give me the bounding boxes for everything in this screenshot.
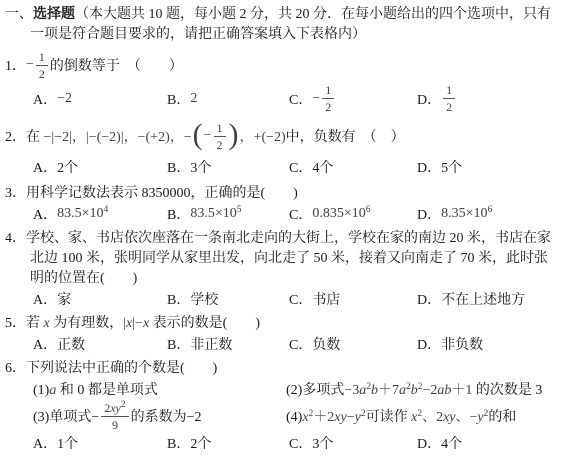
option-value: 2个 xyxy=(57,157,78,177)
question-1-options: A．−2 B．2 C．−12 D．12 xyxy=(5,82,567,115)
section-number: 一、 xyxy=(5,7,33,22)
option-value: 非负数 xyxy=(441,334,483,354)
question-6-items-row2: (3)单项式−2xy29的系数为−2 (4)x2＋2xy−y2可读作 x2、2x… xyxy=(5,399,567,433)
q4-option-c: C．书店 xyxy=(289,289,417,309)
q3-option-a: A．83.5×104 xyxy=(33,204,167,224)
option-label: C． xyxy=(289,334,312,354)
q3-option-b: B．83.5×105 xyxy=(167,204,289,224)
q1-text: 的倒数等于 （ ） xyxy=(50,55,183,75)
q6-option-a: A．1个 xyxy=(33,433,167,453)
option-label: D． xyxy=(417,157,441,177)
q4-option-b: B．学校 xyxy=(167,289,289,309)
option-value: 2个 xyxy=(190,433,211,453)
q1-minus-sign: − xyxy=(26,57,34,73)
exam-document: 一、选择题（本大题共 10 题，每小题 2 分，共 20 分．在每小题给出的四个… xyxy=(0,0,570,453)
option-value: 书店 xyxy=(312,289,340,309)
question-6-stem: 6．下列说法中正确的个数是( ) xyxy=(5,359,567,379)
section-header-line2: 一项是符合题目要求的，请把正确答案填入下表格内） xyxy=(5,25,567,45)
q6-item-4: (4)x2＋2xy−y2可读作 x2、2xy、−y2的和 xyxy=(286,406,567,426)
option-value: 83.5×105 xyxy=(190,206,241,222)
option-label: D． xyxy=(417,289,441,309)
q6-item3-fraction: 2xy29 xyxy=(101,402,128,431)
q5-option-b: B．非正数 xyxy=(167,334,289,354)
option-label: D． xyxy=(417,433,441,453)
option-label: D． xyxy=(417,204,441,224)
q1-option-d: D．12 xyxy=(417,84,567,113)
option-value: 家 xyxy=(57,289,71,309)
q2-math-1: −|−2|，|−(−2)|，−(+2)，− xyxy=(44,126,192,146)
q1-number: 1． xyxy=(5,55,26,75)
fraction-denominator: 9 xyxy=(101,417,128,431)
q6-item-2: (2)多项式−3a2b＋7a2b2−2ab＋1 的次数是 3 xyxy=(286,379,567,399)
q1-option-b: B．2 xyxy=(167,89,289,109)
q6-option-c: C．3个 xyxy=(289,433,417,453)
q4-text-2: 北边 100 米，张明同学从家里出发，向北走了 50 米，接着又向南走了 70 … xyxy=(30,251,548,266)
option-label: A． xyxy=(33,157,57,177)
q3-text: 3．用科学记数法表示 8350000，正确的是( ) xyxy=(5,186,298,201)
option-label: A． xyxy=(33,89,57,109)
question-6-items-row1: (1)a 和 0 都是单项式 (2)多项式−3a2b＋7a2b2−2ab＋1 的… xyxy=(5,379,567,399)
q2-math-2: ，+(−2) xyxy=(240,126,286,146)
option-label: A． xyxy=(33,204,57,224)
fraction-denominator: 2 xyxy=(322,99,334,113)
option-label: C． xyxy=(289,289,312,309)
option-label: A． xyxy=(33,289,57,309)
q4-text-1: 4．学校、家、书店依次座落在一条南北走向的大街上，学校在家的南边 20 米，书店… xyxy=(5,231,551,246)
q5-option-c: C．负数 xyxy=(289,334,417,354)
q6-text: 6．下列说法中正确的个数是( ) xyxy=(5,361,217,376)
fraction-numerator: 2xy2 xyxy=(101,402,128,417)
option-value: 4个 xyxy=(312,157,333,177)
q2-text-2: 中，负数有 （ ） xyxy=(286,126,405,146)
q6-item3-post: 的系数为−2 xyxy=(131,406,202,426)
section-title: 选择题 xyxy=(33,7,75,22)
option-value: 83.5×104 xyxy=(57,206,108,222)
question-6-options: A．1个 B．2个 C．3个 D．4个 xyxy=(5,433,567,453)
option-value: 不在上述地方 xyxy=(441,289,525,309)
q4-text-3: 明的位置在( ) xyxy=(30,271,137,286)
option-value: 1个 xyxy=(57,433,78,453)
option-value: 非正数 xyxy=(190,334,232,354)
option-label: B． xyxy=(167,89,190,109)
section-instructions-1: （本大题共 10 题，每小题 2 分，共 20 分．在每小题给出的四个选项中，只… xyxy=(75,7,551,22)
q1-fraction: 12 xyxy=(36,51,48,80)
option-label: B． xyxy=(167,289,190,309)
question-2-options: A．2个 B．3个 C．4个 D．5个 xyxy=(5,157,567,177)
fraction-numerator: 1 xyxy=(322,84,334,99)
option-label: A． xyxy=(33,433,57,453)
option-value: 3个 xyxy=(190,157,211,177)
q2-option-a: A．2个 xyxy=(33,157,167,177)
q1-option-a: A．−2 xyxy=(33,89,167,109)
option-value: 0.835×106 xyxy=(312,206,370,222)
q6-item3-pre: (3)单项式− xyxy=(33,406,99,426)
q5-option-a: A．正数 xyxy=(33,334,167,354)
q2-option-d: D．5个 xyxy=(417,157,567,177)
option-label: B． xyxy=(167,334,190,354)
question-5-options: A．正数 B．非正数 C．负数 D．非负数 xyxy=(5,334,567,354)
fraction-numerator: 1 xyxy=(36,51,48,66)
question-3-stem: 3．用科学记数法表示 8350000，正确的是( ) xyxy=(5,184,567,204)
option-label: C． xyxy=(289,433,312,453)
q1-option-c: C．−12 xyxy=(289,84,417,113)
option-value: 8.35×106 xyxy=(441,206,492,222)
question-1-stem: 1．−12的倒数等于 （ ） xyxy=(5,48,567,82)
question-4-line1: 4．学校、家、书店依次座落在一条南北走向的大街上，学校在家的南边 20 米，书店… xyxy=(5,229,567,249)
option-label: C． xyxy=(289,204,312,224)
option-label: D． xyxy=(417,334,441,354)
section-instructions-2: 一项是符合题目要求的，请把正确答案填入下表格内） xyxy=(30,27,366,42)
q2-fraction: 12 xyxy=(214,122,226,151)
option-value: −2 xyxy=(57,91,72,107)
option-value: 负数 xyxy=(312,334,340,354)
fraction-numerator: 1 xyxy=(214,122,226,137)
question-3-options: A．83.5×104 B．83.5×105 C．0.835×106 D．8.35… xyxy=(5,204,567,224)
question-4-line3: 明的位置在( ) xyxy=(5,269,567,289)
option-label: C． xyxy=(289,89,312,109)
option-minus: − xyxy=(312,91,320,107)
q2-option-c: C．4个 xyxy=(289,157,417,177)
option-label: A． xyxy=(33,334,57,354)
option-label: D． xyxy=(417,89,441,109)
q2-text-1: 2．在 xyxy=(5,126,44,146)
option-label: B． xyxy=(167,157,190,177)
question-4-line2: 北边 100 米，张明同学从家里出发，向北走了 50 米，接着又向南走了 70 … xyxy=(5,249,567,269)
fraction-denominator: 2 xyxy=(36,66,48,80)
option-fraction: 12 xyxy=(443,84,455,113)
question-5-stem: 5．若 x 为有理数，|x|−x 表示的数是( ) xyxy=(5,314,567,334)
option-value: 5个 xyxy=(441,157,462,177)
option-value: 2 xyxy=(190,91,197,107)
option-value: 学校 xyxy=(190,289,218,309)
option-label: B． xyxy=(167,433,190,453)
q4-option-a: A．家 xyxy=(33,289,167,309)
option-value: 3个 xyxy=(312,433,333,453)
q6-option-d: D．4个 xyxy=(417,433,567,453)
question-2-stem: 2．在 −|−2|，|−(−2)|，−(+2)，−(−12)，+(−2)中，负数… xyxy=(5,117,567,155)
fraction-numerator: 1 xyxy=(443,84,455,99)
option-value: 4个 xyxy=(441,433,462,453)
q3-option-d: D．8.35×106 xyxy=(417,204,567,224)
option-fraction: 12 xyxy=(322,84,334,113)
q6-option-b: B．2个 xyxy=(167,433,289,453)
q6-item-1: (1)a 和 0 都是单项式 xyxy=(33,379,286,399)
q4-option-d: D．不在上述地方 xyxy=(417,289,567,309)
fraction-denominator: 2 xyxy=(214,137,226,151)
q2-option-b: B．3个 xyxy=(167,157,289,177)
option-value: 正数 xyxy=(57,334,85,354)
option-label: C． xyxy=(289,157,312,177)
option-label: B． xyxy=(167,204,190,224)
fraction-denominator: 2 xyxy=(443,99,455,113)
section-header-line1: 一、选择题（本大题共 10 题，每小题 2 分，共 20 分．在每小题给出的四个… xyxy=(5,5,567,25)
q3-option-c: C．0.835×106 xyxy=(289,204,417,224)
question-4-options: A．家 B．学校 C．书店 D．不在上述地方 xyxy=(5,289,567,309)
q5-option-d: D．非负数 xyxy=(417,334,567,354)
q2-inner-minus: − xyxy=(204,128,212,144)
q6-item-3: (3)单项式−2xy29的系数为−2 xyxy=(33,402,286,431)
q5-text: 5．若 x 为有理数，|x|−x 表示的数是( ) xyxy=(5,316,260,331)
